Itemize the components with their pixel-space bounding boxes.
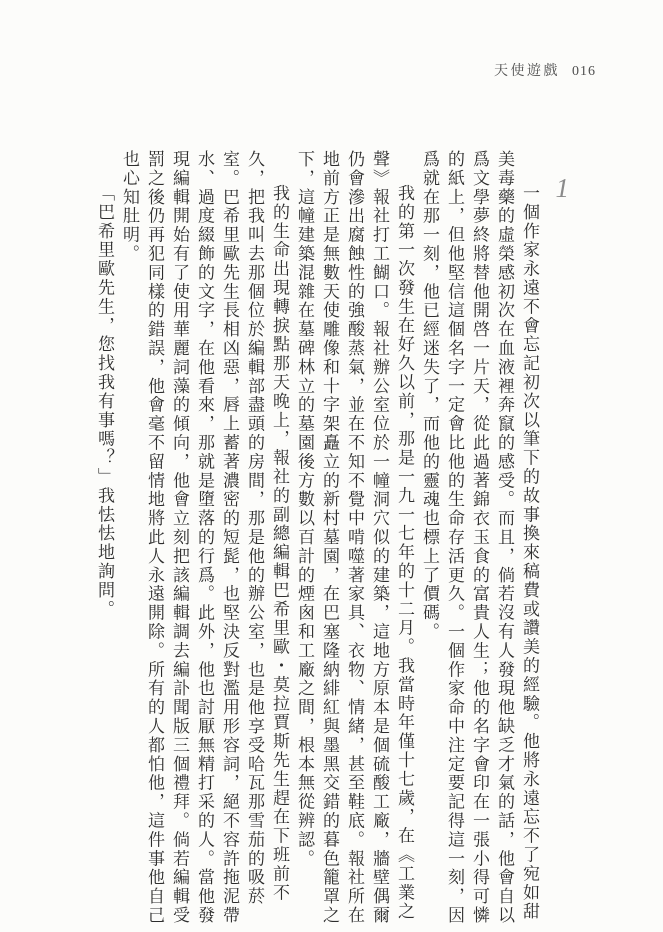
chapter-number: 1 [556,173,570,204]
running-header: 天使遊戲016 [494,60,596,80]
paragraph: 一個作家永遠不會忘記初次以筆下的故事換來稿費或讚美的經驗。他將永遠忘不了宛如甜美… [417,150,542,928]
page-number: 016 [572,64,596,79]
body-text: 一個作家永遠不會忘記初次以筆下的故事換來稿費或讚美的經驗。他將永遠忘不了宛如甜美… [92,150,542,928]
page-background: 天使遊戲016 1 一個作家永遠不會忘記初次以筆下的故事換來稿費或讚美的經驗。他… [0,0,663,932]
paragraph: 「巴希里歐先生，您找我有事嗎？」我怯怯地詢問。 [92,150,117,928]
paragraph: 我的第一次發生在好久以前，那是一九一七年的十二月。我當時年僅十七歲，在《工業之聲… [292,150,417,928]
paragraph: 我的生命出現轉捩點那天晚上，報社的副總編輯巴希里歐・莫拉賈斯先生趕在下班前不久，… [117,150,292,928]
book-page: { "header": { "book_title": "天使遊戲", "pag… [0,0,663,932]
book-title: 天使遊戲 [494,64,560,79]
